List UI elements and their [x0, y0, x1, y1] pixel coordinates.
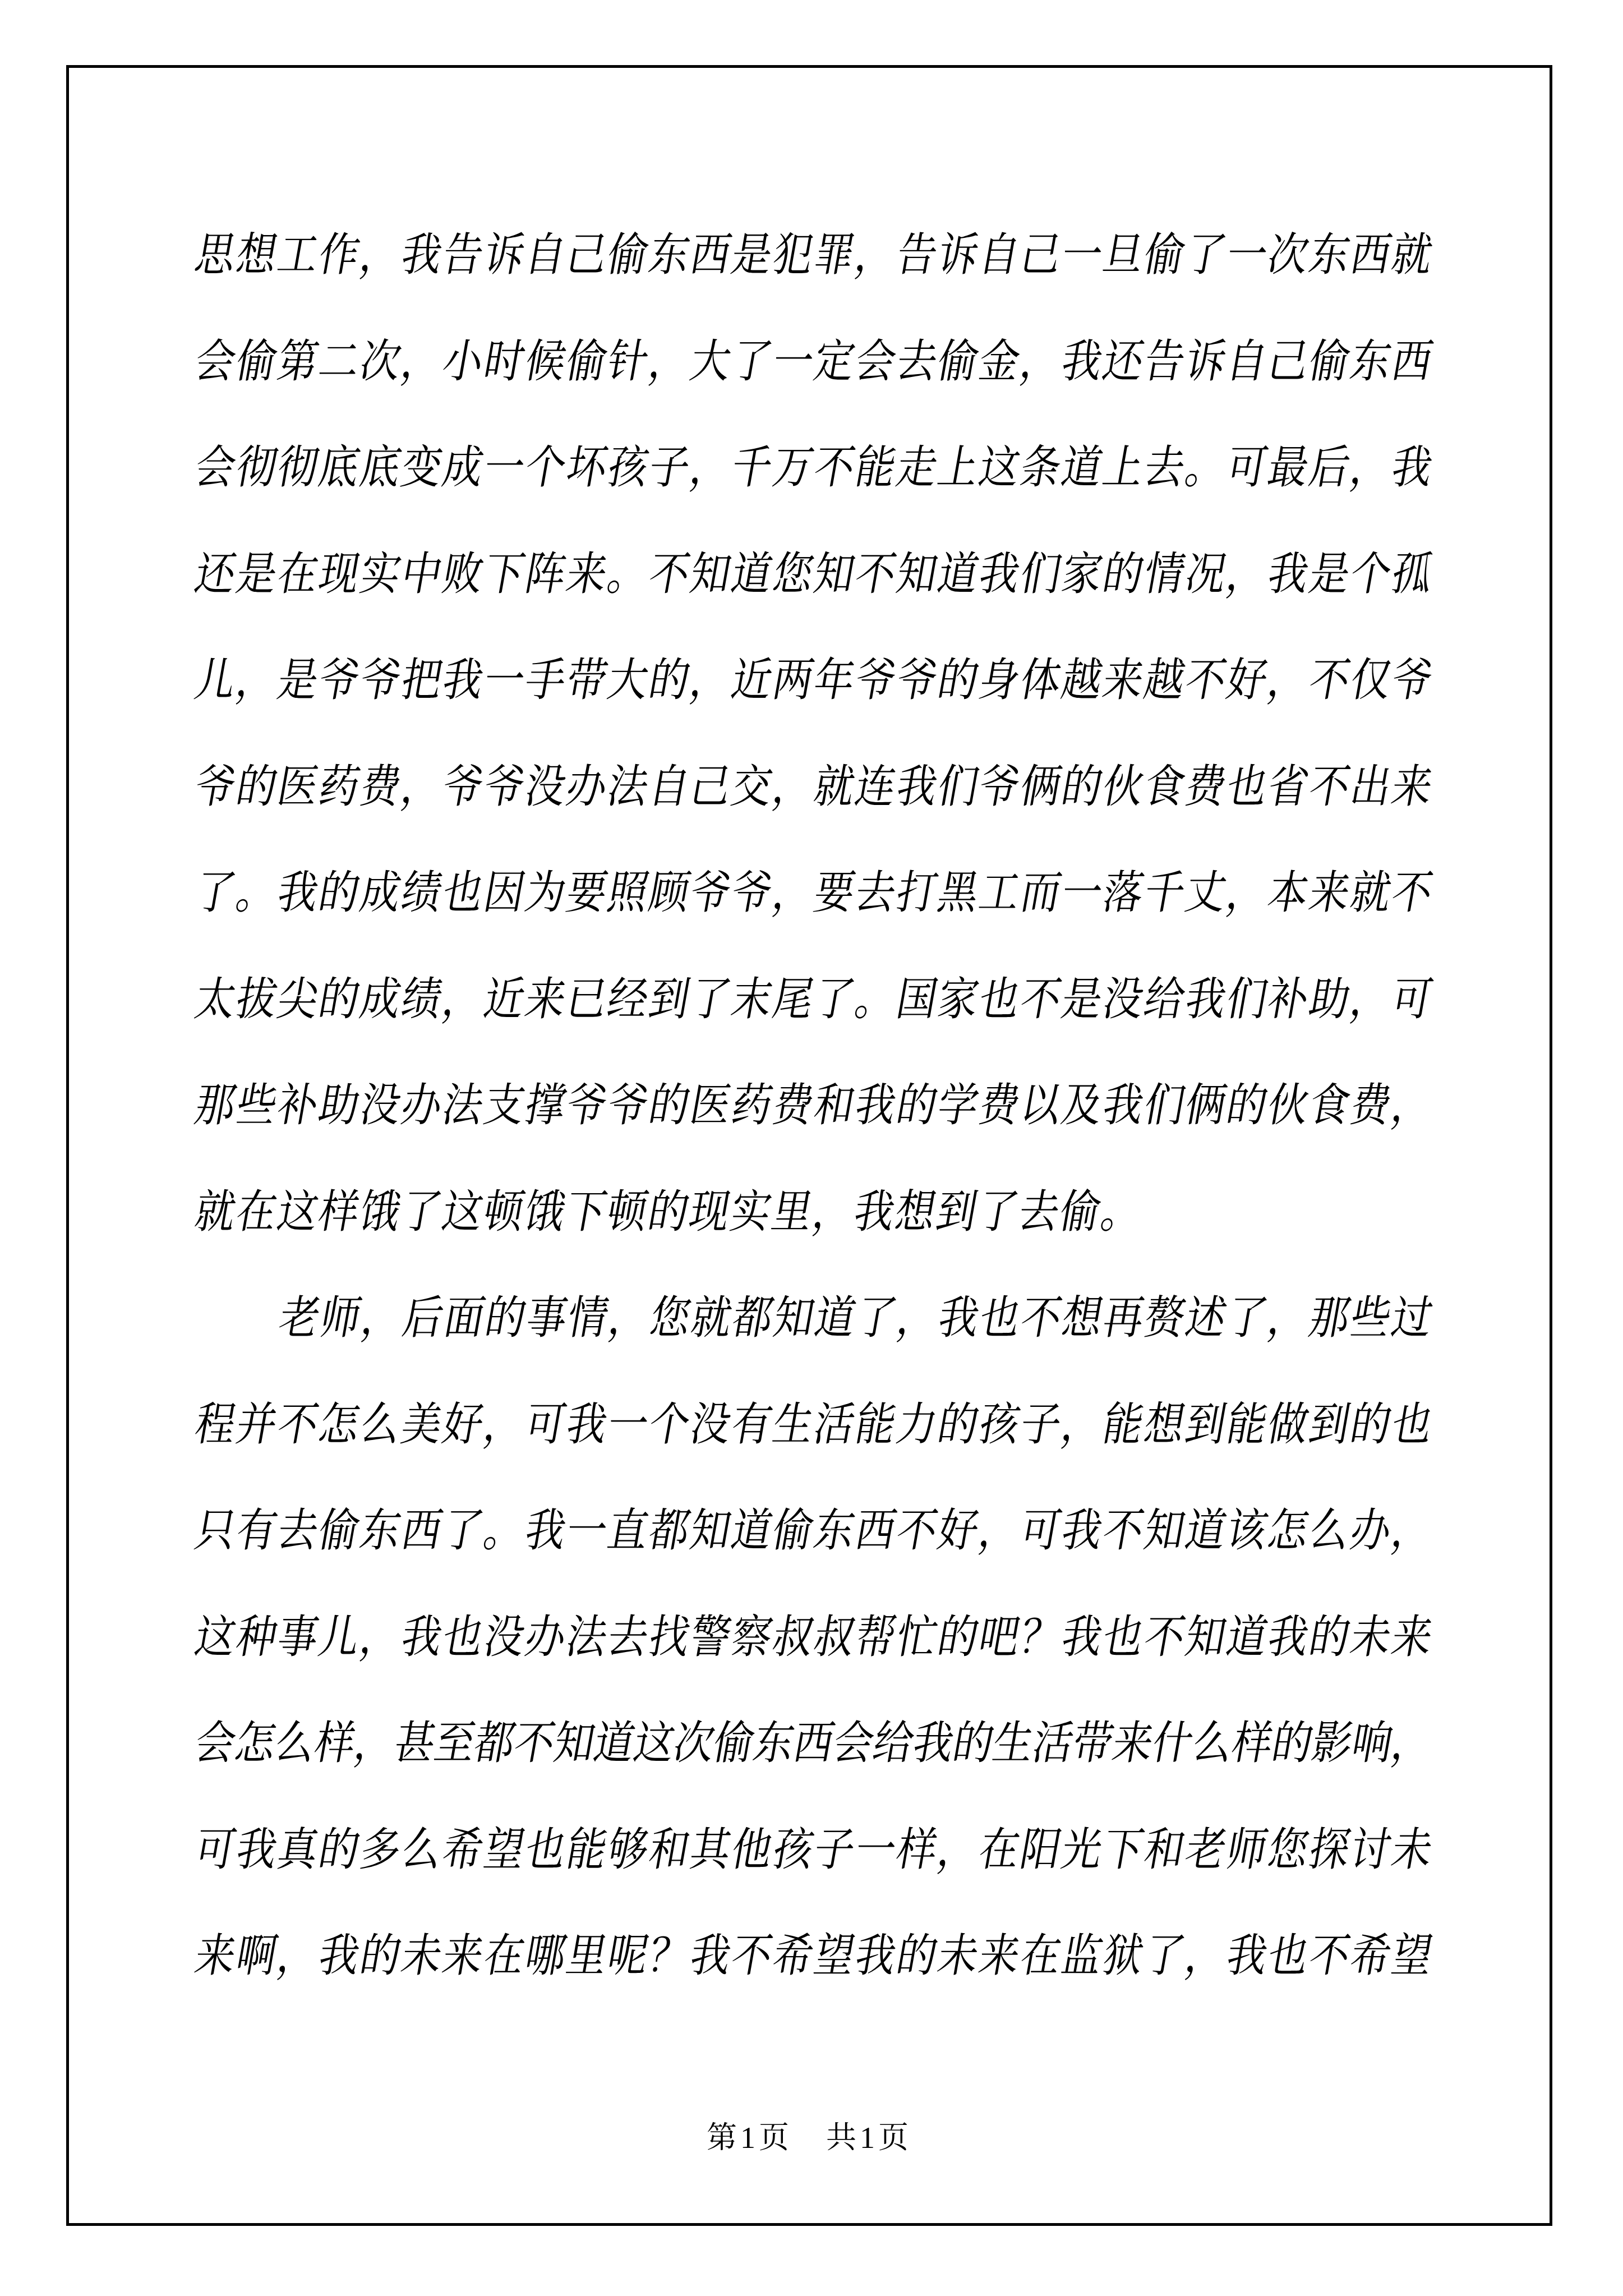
text-line: 会彻彻底底变成一个坏孩子，千万不能走上这条道上去。可最后，我	[185, 406, 1443, 528]
text-line: 就在这样饿了这顿饿下顿的现实里，我想到了去偷。	[185, 1150, 1152, 1272]
text-line: 这种事儿，我也没办法去找警察叔叔帮忙的吧？我也不知道我的未来	[185, 1575, 1443, 1697]
text-line: 程并不怎么美好，可我一个没有生活能力的孩子，能想到能做到的也	[185, 1363, 1443, 1485]
text-line: 还是在现实中败下阵来。不知道您知不知道我们家的情况，我是个孤	[185, 512, 1443, 634]
page-number-footer: 第1页 共1页	[69, 2114, 1550, 2157]
text-line: 儿，是爷爷把我一手带大的，近两年爷爷的身体越来越不好，不仅爷	[185, 619, 1443, 741]
page-border-frame: 思想工作，我告诉自己偷东西是犯罪，告诉自己一旦偷了一次东西就会偷第二次，小时候偷…	[66, 65, 1552, 2226]
body-text: 思想工作，我告诉自己偷东西是犯罪，告诉自己一旦偷了一次东西就会偷第二次，小时候偷…	[196, 201, 1432, 2009]
text-line: 会偷第二次，小时候偷针，大了一定会去偷金，我还告诉自己偷东西	[185, 300, 1443, 422]
text-line: 只有去偷东西了。我一直都知道偷东西不好，可我不知道该怎么办，	[185, 1469, 1443, 1591]
text-line: 可我真的多么希望也能够和其他孩子一样，在阳光下和老师您探讨未	[185, 1788, 1443, 1910]
text-line: 来啊，我的未来在哪里呢？我不希望我的未来在监狱了，我也不希望	[185, 1894, 1443, 2017]
text-line: 了。我的成绩也因为要照顾爷爷，要去打黑工而一落千丈，本来就不	[185, 831, 1443, 954]
text-line: 会怎么样，甚至都不知道这次偷东西会给我的生活带来什么样的影响，	[185, 1682, 1443, 1804]
document-page: 思想工作，我告诉自己偷东西是犯罪，告诉自己一旦偷了一次东西就会偷第二次，小时候偷…	[0, 0, 1623, 2296]
text-line: 老师，后面的事情，您就都知道了，我也不想再赘述了，那些过	[185, 1257, 1443, 1379]
text-line: 思想工作，我告诉自己偷东西是犯罪，告诉自己一旦偷了一次东西就	[185, 194, 1443, 316]
text-line: 那些补助没办法支撑爷爷的医药费和我的学费以及我们俩的伙食费，	[185, 1044, 1443, 1166]
text-line: 太拔尖的成绩，近来已经到了末尾了。国家也不是没给我们补助，可	[185, 937, 1443, 1060]
text-line: 爷的医药费，爷爷没办法自己交，就连我们爷俩的伙食费也省不出来	[185, 725, 1443, 847]
